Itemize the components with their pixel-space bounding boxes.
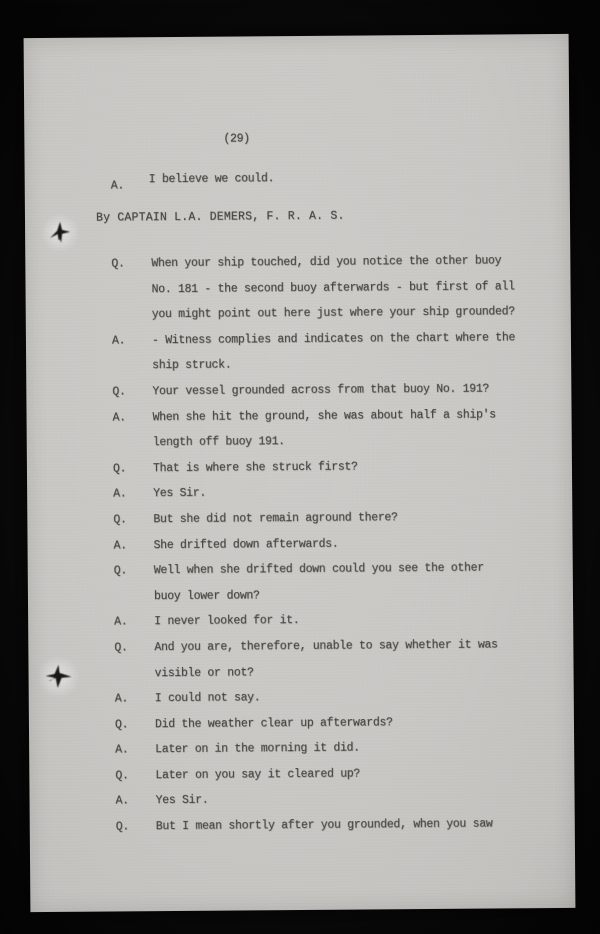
qa-marker: A.: [115, 737, 155, 763]
transcript-entry: Q.Well when she drifted down could you s…: [114, 555, 553, 610]
qa-marker: Q.: [114, 558, 154, 584]
transcript-line: ship struck.: [152, 350, 551, 379]
opening-answer-row: A. I believe we could.: [111, 172, 275, 199]
qa-text: That is where she struck first?: [153, 453, 552, 482]
transcript-line: Yes Sir.: [153, 478, 552, 507]
transcript-entry: A.Yes Sir.: [113, 478, 552, 507]
transcript-line: Yes Sir.: [155, 785, 554, 814]
qa-text: When your ship touched, did you notice t…: [151, 248, 551, 328]
transcript-entry: Q.Your vessel grounded across from that …: [112, 376, 551, 405]
examiner-heading: By CAPTAIN L.A. DEMERS, F. R. A. S.: [96, 210, 345, 225]
qa-marker: Q.: [111, 251, 151, 277]
qa-marker: A.: [113, 481, 153, 507]
qa-marker: A.: [114, 609, 154, 635]
document-page: (29) A. I believe we could. By CAPTAIN L…: [24, 34, 576, 912]
qa-text: But she did not remain aground there?: [153, 504, 552, 533]
qa-text: - Witness complies and indicates on the …: [152, 325, 551, 379]
transcript-entry: Q.Later on you say it cleared up?: [115, 760, 554, 789]
qa-marker: Q.: [116, 814, 156, 840]
transcript-entry: Q.That is where she struck first?: [113, 453, 552, 482]
photographed-scan-background: (29) A. I believe we could. By CAPTAIN L…: [0, 0, 600, 934]
transcript-line: When your ship touched, did you notice t…: [151, 248, 550, 277]
transcript-line: When she hit the ground, she was about h…: [152, 402, 551, 431]
transcript-line: She drifted down afterwards.: [153, 530, 552, 559]
qa-marker: A.: [113, 533, 153, 559]
qa-marker: A.: [115, 789, 155, 815]
qa-marker: A.: [111, 173, 149, 199]
qa-text: I never looked for it.: [154, 606, 553, 635]
qa-marker: Q.: [115, 712, 155, 738]
qa-marker: Q.: [113, 507, 153, 533]
transcript-entry: A.Yes Sir.: [115, 785, 554, 814]
opening-answer-text: I believe we could.: [149, 172, 275, 199]
qa-text: She drifted down afterwards.: [153, 530, 552, 559]
transcript-line: length off buoy 191.: [153, 427, 552, 456]
transcript-entry: A.I never looked for it.: [114, 606, 553, 635]
page-number: (29): [223, 132, 250, 145]
qa-marker: Q.: [115, 763, 155, 789]
qa-text: And you are, therefore, unable to say wh…: [154, 632, 553, 686]
transcript-entry: A.Later on in the morning it did.: [115, 734, 554, 763]
transcript-line: Later on in the morning it did.: [155, 734, 554, 763]
transcript-entry: A.When she hit the ground, she was about…: [112, 402, 551, 457]
transcript-entry: Q.But she did not remain aground there?: [113, 504, 552, 533]
transcript-line: you might point out here just where your…: [152, 299, 551, 328]
qa-text: Your vessel grounded across from that bu…: [152, 376, 551, 405]
transcript-line: But she did not remain aground there?: [153, 504, 552, 533]
transcript-line: buoy lower down?: [154, 581, 553, 610]
transcript-line: Later on you say it cleared up?: [155, 760, 554, 789]
transcript-line: Well when she drifted down could you see…: [154, 555, 553, 584]
qa-text: Well when she drifted down could you see…: [154, 555, 553, 609]
transcript-line: - Witness complies and indicates on the …: [152, 325, 551, 354]
transcript-line: But I mean shortly after you grounded, w…: [156, 811, 555, 840]
qa-text: Later on in the morning it did.: [155, 734, 554, 763]
transcript-entry: Q.But I mean shortly after you grounded,…: [116, 811, 555, 840]
transcript-entry: A.She drifted down afterwards.: [113, 530, 552, 559]
qa-text: Yes Sir.: [153, 478, 552, 507]
qa-marker: A.: [112, 328, 152, 354]
transcript-entry: Q.Did the weather clear up afterwards?: [115, 709, 554, 738]
qa-text: When she hit the ground, she was about h…: [152, 402, 551, 456]
transcript-line: That is where she struck first?: [153, 453, 552, 482]
qa-text: Later on you say it cleared up?: [155, 760, 554, 789]
qa-text: I could not say.: [155, 683, 554, 712]
qa-marker: Q.: [114, 635, 154, 661]
transcript-entry: A.I could not say.: [115, 683, 554, 712]
transcript-line: Your vessel grounded across from that bu…: [152, 376, 551, 405]
transcript-line: Did the weather clear up afterwards?: [155, 709, 554, 738]
qa-marker: Q.: [112, 379, 152, 405]
transcript-entry: A.- Witness complies and indicates on th…: [112, 325, 551, 380]
transcript-entry: Q.When your ship touched, did you notice…: [111, 248, 551, 328]
qa-marker: A.: [112, 405, 152, 431]
film-ink-blot-artifact-bottom: [44, 664, 72, 690]
transcript-line: I could not say.: [155, 683, 554, 712]
typewritten-text-layer: (29) A. I believe we could. By CAPTAIN L…: [24, 34, 576, 912]
transcript-line: No. 181 - the second buoy afterwards - b…: [151, 274, 550, 303]
transcript-line: I never looked for it.: [154, 606, 553, 635]
film-ink-blot-artifact-top: [49, 221, 71, 245]
qa-marker: A.: [115, 686, 155, 712]
transcript-line: And you are, therefore, unable to say wh…: [154, 632, 553, 661]
transcript-entry: Q.And you are, therefore, unable to say …: [114, 632, 553, 687]
qa-marker: Q.: [113, 456, 153, 482]
qa-transcript: Q.When your ship touched, did you notice…: [111, 248, 555, 840]
qa-text: Yes Sir.: [155, 785, 554, 814]
qa-text: Did the weather clear up afterwards?: [155, 709, 554, 738]
transcript-line: visible or not?: [154, 658, 553, 687]
qa-text: But I mean shortly after you grounded, w…: [156, 811, 555, 840]
